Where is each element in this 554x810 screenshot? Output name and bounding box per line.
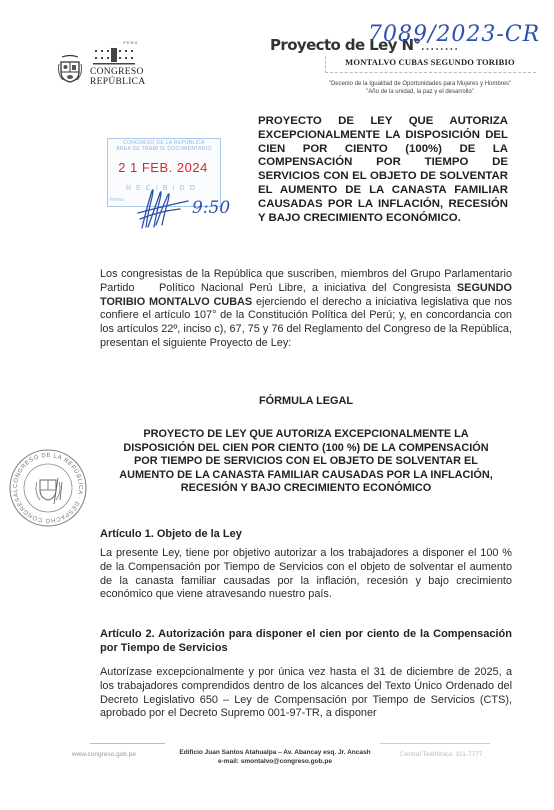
footer-address-line: Edificio Juan Santos Atahualpa – Av. Aba… bbox=[150, 748, 400, 757]
stamp-time-handwritten: 9:50 bbox=[192, 198, 230, 218]
institution-line-2: REPÚBLICA bbox=[90, 77, 145, 87]
congressional-office-seal-icon: CONGRESO DE LA REPÚBLICA · DESPACHO CONG… bbox=[8, 448, 88, 528]
article-2-heading: Artículo 2. Autorización para disponer e… bbox=[100, 627, 512, 655]
formula-title-line: RECESIÓN Y BAJO CRECIMIENTO ECONÓMICO bbox=[100, 482, 512, 496]
formula-legal-heading: FÓRMULA LEGAL bbox=[100, 395, 512, 407]
footer-divider-left bbox=[90, 743, 165, 744]
article-1-body: La presente Ley, tiene por objetivo auto… bbox=[100, 547, 512, 602]
stamp-header: CONGRESO DE LA REPÚBLICA ÁREA DE TRÁMITE… bbox=[110, 140, 218, 152]
institution-line-1: CONGRESO bbox=[90, 67, 145, 77]
congress-building-icon bbox=[93, 44, 135, 66]
formula-title-line: POR TIEMPO DE SERVICIOS CON EL OBJETO DE… bbox=[100, 455, 512, 469]
formula-title-line: AUMENTO DE LA CANASTA FAMILIAR CAUSADAS … bbox=[100, 469, 512, 483]
footer-email[interactable]: e-mail: smontalvo@congreso.gob.pe bbox=[150, 757, 400, 766]
document-title: PROYECTO DE LEY QUE AUTORIZA EXCEPCIONAL… bbox=[258, 115, 508, 225]
formula-title-line: DISPOSICIÓN DEL CIEN POR CIENTO (100 %) … bbox=[100, 442, 512, 456]
official-year-mottos: "Decenio de la Igualdad de Oportunidades… bbox=[300, 80, 540, 96]
handwritten-signature-icon: 9:50 bbox=[130, 183, 240, 233]
institution-logo-text: CONGRESO REPÚBLICA bbox=[90, 67, 145, 87]
stamp-signature-label: Firma: bbox=[110, 197, 124, 203]
decenio-motto: "Decenio de la Igualdad de Oportunidades… bbox=[300, 80, 540, 88]
author-name: MONTALVO CUBAS SEGUNDO TORIBIO bbox=[325, 57, 535, 67]
peru-coat-of-arms-icon bbox=[58, 54, 82, 84]
footer-phone: Central Telefónica: 311-7777 bbox=[400, 751, 483, 758]
project-number-handwritten: 7089/2023-CR bbox=[368, 22, 540, 47]
year-motto: "Año de la unidad, la paz y el desarroll… bbox=[300, 88, 540, 96]
formula-legal-title: PROYECTO DE LEY QUE AUTORIZA EXCEPCIONAL… bbox=[100, 428, 512, 496]
footer-address: Edificio Juan Santos Atahualpa – Av. Aba… bbox=[150, 748, 400, 766]
stamp-header-line-2: ÁREA DE TRÁMITE DOCUMENTARIO bbox=[110, 146, 218, 152]
stamp-date: 2 1 FEB. 2024 bbox=[107, 160, 219, 175]
formula-title-line: PROYECTO DE LEY QUE AUTORIZA EXCEPCIONAL… bbox=[100, 428, 512, 442]
article-1-heading: Artículo 1. Objeto de la Ley bbox=[100, 527, 512, 541]
intro-paragraph: Los congresistas de la República que sus… bbox=[100, 268, 512, 351]
article-2-body: Autorízase excepcionalmente y por única … bbox=[100, 666, 512, 721]
intro-text-before: Los congresistas de la República que sus… bbox=[100, 268, 512, 294]
footer-website-link[interactable]: www.congreso.gob.pe bbox=[72, 751, 136, 758]
footer-divider-right bbox=[380, 743, 490, 744]
